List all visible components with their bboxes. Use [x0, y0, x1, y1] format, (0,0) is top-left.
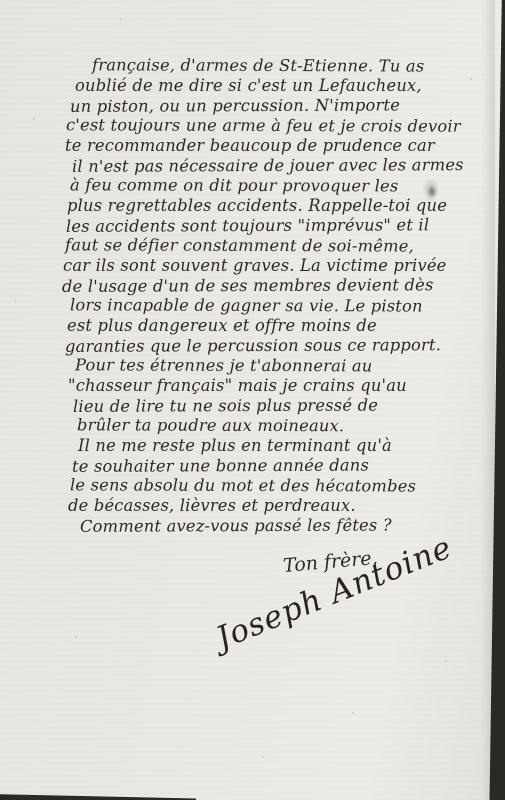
letter-line: le sens absolu du mot et des hécatombes: [70, 475, 464, 496]
ink-smudge: [420, 172, 442, 208]
scanned-letter: française, d'armes de St-Etienne. Tu aso…: [0, 0, 505, 800]
letter-line: c'est toujours une arme à feu et je croi…: [66, 115, 464, 136]
letter-line: française, d'armes de St-Etienne. Tu as: [92, 55, 464, 76]
letter-line: il n'est pas nécessaire de jouer avec le…: [72, 155, 464, 177]
letter-line: "chasseur français" mais je crains qu'au: [68, 376, 464, 396]
letter-line: de l'usage d'un de ses membres devient d…: [62, 275, 464, 297]
letter-line: lieu de lire tu ne sois plus pressé de: [73, 395, 464, 417]
letter-line: te recommander beaucoup de prudence car: [65, 136, 464, 156]
letter-line: oublié de me dire si c'est un Lefaucheux…: [75, 76, 464, 96]
letter-line: lors incapable de gagner sa vie. Le pist…: [70, 295, 464, 316]
letter-line: de bécasses, lièvres et perdreaux.: [68, 496, 464, 516]
paper-specks: [0, 0, 2, 2]
letter-line: Pour tes étrennes je t'abonnerai au: [75, 355, 464, 376]
letter-line: les accidents sont toujours "imprévus" e…: [66, 215, 464, 237]
letter-line: un piston, ou un percussion. N'importe: [70, 95, 464, 117]
letter-line: te souhaiter une bonne année dans: [72, 455, 464, 477]
letter-line: garanties que le percussion sous ce rapp…: [65, 335, 464, 357]
letter-line: car ils sont souvent graves. La victime …: [63, 256, 464, 276]
letter-line: Il ne me reste plus en terminant qu'à: [78, 436, 464, 456]
letter-body: française, d'armes de St-Etienne. Tu aso…: [62, 56, 464, 536]
letter-line: plus regrettables accidents. Rappelle-to…: [67, 196, 464, 216]
letter-signature: Joseph Antoine: [211, 529, 457, 656]
letter-line: faut se défier constamment de soi-même,: [65, 235, 464, 256]
letter-line: Comment avez-vous passé les fêtes ?: [80, 515, 464, 537]
letter-page: française, d'armes de St-Etienne. Tu aso…: [0, 0, 505, 800]
letter-line: à feu comme on dit pour provoquer les: [70, 175, 464, 196]
letter-line: est plus dangereux et offre moins de: [67, 316, 464, 336]
letter-line: brûler ta poudre aux moineaux.: [77, 415, 464, 436]
